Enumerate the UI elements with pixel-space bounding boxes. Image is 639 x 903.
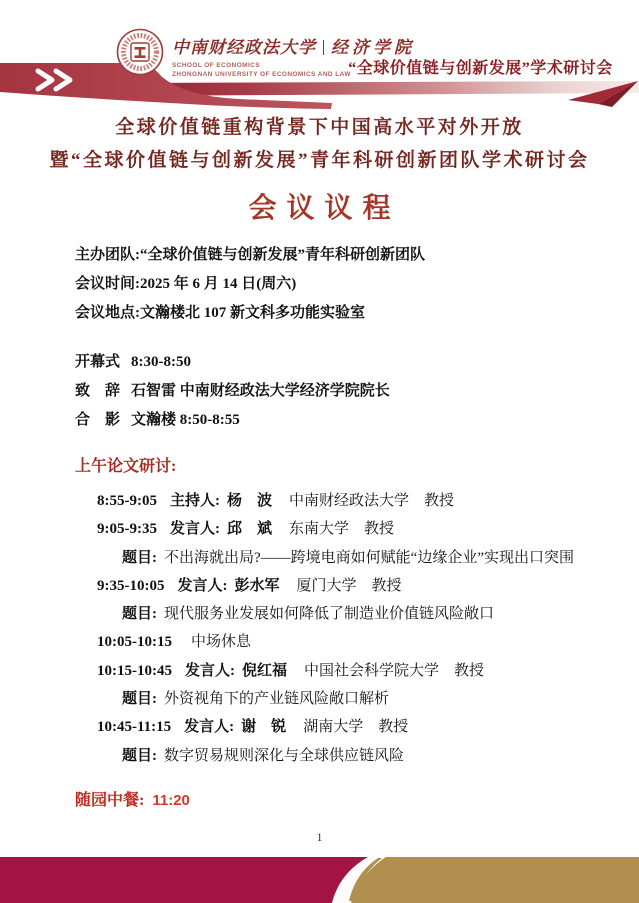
session-row: 10:45-11:15发言人:谢 锐湖南大学 教授 [97, 713, 574, 741]
info-value: “全球价值链与创新发展”青年科研创新团队 [140, 247, 425, 263]
lunch-label: 随园中餐: [75, 792, 144, 809]
topic-text: 外资视角下的产业链风险敞口解析 [164, 691, 389, 707]
lunch-time: 11:20 [152, 792, 190, 809]
session-affiliation: 中国社会科学院大学 教授 [304, 663, 484, 679]
topic-label: 题目: [122, 606, 157, 622]
break-text: 中场休息 [191, 634, 251, 650]
break-time: 10:05-10:15 [97, 634, 172, 650]
session-row: 8:55-9:05主持人:杨 波中南财经政法大学 教授 [97, 487, 574, 515]
page-number: 1 [0, 830, 639, 845]
session-row: 10:15-10:45发言人:倪红福中国社会科学院大学 教授 [97, 657, 574, 685]
opening-value: 8:30-8:50 [131, 354, 191, 370]
university-seal [118, 30, 163, 75]
topic-text: 现代服务业发展如何降低了制造业价值链风险敞口 [164, 606, 494, 622]
topic-label: 题目: [122, 691, 157, 707]
footer-red-band [0, 857, 368, 903]
opening-value: 石智雷 中南财经政法大学经济学院院长 [131, 383, 390, 399]
agenda-heading: 会议议程 [0, 186, 639, 226]
session-time: 9:35-10:05 [97, 578, 165, 594]
info-label: 会议时间: [75, 276, 140, 292]
lunch-line: 随园中餐:11:20 [75, 787, 190, 810]
info-label: 主办团队: [75, 247, 140, 263]
session-speaker: 谢 锐 [241, 719, 286, 735]
session-row: 9:35-10:05发言人:彭水军厦门大学 教授 [97, 572, 574, 600]
session-affiliation: 中南财经政法大学 教授 [289, 493, 454, 509]
session-topic-row: 题目:数字贸易规则深化与全球供应链风险 [97, 742, 574, 770]
session-speaker: 彭水军 [235, 578, 280, 594]
info-value: 2025 年 6 月 14 日(周六) [140, 276, 296, 292]
info-value: 文瀚楼北 107 新文科多功能实验室 [140, 305, 365, 321]
session-time: 10:15-10:45 [97, 663, 172, 679]
conference-title-line2: 暨“全球价值链与创新发展”青年科研创新团队学术研讨会 [0, 145, 639, 172]
info-row-time: 会议时间:2025 年 6 月 14 日(周六) [75, 270, 425, 299]
session-topic-row: 题目:现代服务业发展如何降低了制造业价值链风险敞口 [97, 600, 574, 628]
session-speaker: 杨 波 [227, 493, 272, 509]
topic-label: 题目: [122, 748, 157, 764]
info-label: 会议地点: [75, 305, 140, 321]
session-affiliation: 东南大学 教授 [289, 521, 394, 537]
session-time: 8:55-9:05 [97, 493, 157, 509]
session-speaker: 邱 斌 [227, 521, 272, 537]
conference-series-title: “全球价值链与创新发展”学术研讨会 [338, 55, 623, 78]
topic-text: 不出海就出局?——跨境电商如何赋能“边缘企业”实现出口突围 [164, 550, 574, 566]
session-topic-row: 题目:不出海就出局?——跨境电商如何赋能“边缘企业”实现出口突围 [97, 544, 574, 572]
topic-label: 题目: [122, 550, 157, 566]
opening-row: 致 辞石智雷 中南财经政法大学经济学院院长 [75, 377, 390, 406]
footer-decoration [0, 857, 639, 903]
session-affiliation: 湖南大学 教授 [303, 719, 408, 735]
info-row-venue: 会议地点:文瀚楼北 107 新文科多功能实验室 [75, 299, 425, 328]
opening-row: 合 影文瀚楼 8:50-8:55 [75, 406, 390, 435]
session-speaker: 倪红福 [242, 663, 287, 679]
session-role: 发言人: [170, 521, 220, 537]
session-affiliation: 厦门大学 教授 [297, 578, 402, 594]
session-row: 9:05-9:35发言人:邱 斌东南大学 教授 [97, 515, 574, 543]
break-row: 10:05-10:15中场休息 [97, 628, 574, 656]
topic-text: 数字贸易规则深化与全球供应链风险 [164, 748, 404, 764]
info-row-host: 主办团队:“全球价值链与创新发展”青年科研创新团队 [75, 241, 425, 270]
agenda-page: 中南财经政法大学经济学院 SCHOOL OF ECONOMICS ZHONGNA… [0, 0, 639, 903]
opening-label: 合 影 [75, 406, 131, 435]
session-time: 9:05-9:35 [97, 521, 157, 537]
conference-title-line1: 全球价值链重构背景下中国高水平对外开放 [0, 112, 639, 139]
opening-label: 致 辞 [75, 377, 131, 406]
meeting-info: 主办团队:“全球价值链与创新发展”青年科研创新团队 会议时间:2025 年 6 … [75, 241, 425, 328]
opening-label: 开幕式 [75, 348, 131, 377]
morning-session-heading: 上午论文研讨: [75, 453, 176, 476]
opening-ceremony: 开幕式8:30-8:50 致 辞石智雷 中南财经政法大学经济学院院长 合 影文瀚… [75, 348, 390, 435]
session-role: 发言人: [184, 719, 234, 735]
opening-row: 开幕式8:30-8:50 [75, 348, 390, 377]
session-role: 发言人: [178, 578, 228, 594]
logo-university-name: 中南财经政法大学 [172, 38, 316, 57]
session-time: 10:45-11:15 [97, 719, 171, 735]
logo-divider [323, 40, 324, 55]
session-role: 主持人: [170, 493, 220, 509]
morning-schedule: 8:55-9:05主持人:杨 波中南财经政法大学 教授 9:05-9:35发言人… [97, 487, 574, 770]
session-topic-row: 题目:外资视角下的产业链风险敞口解析 [97, 685, 574, 713]
session-role: 发言人: [185, 663, 235, 679]
opening-value: 文瀚楼 8:50-8:55 [131, 412, 240, 428]
